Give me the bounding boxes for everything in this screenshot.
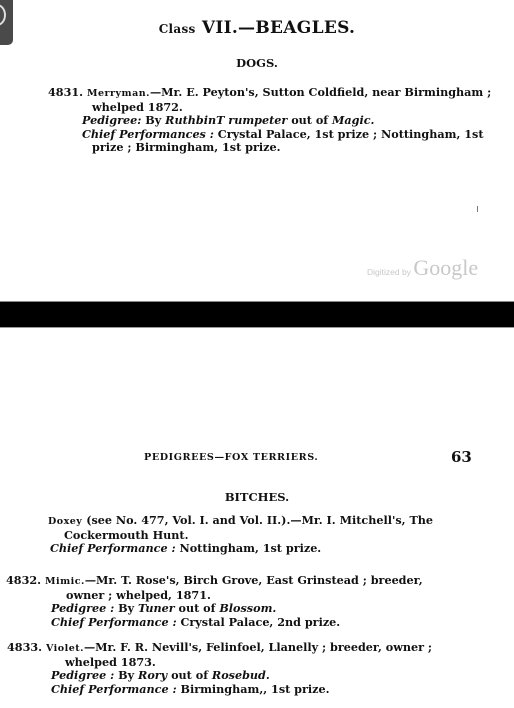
entry-line-1: 4833. Violet.—Mr. F. R. Nevill's, Felinf…	[7, 641, 432, 656]
watermark-google: Google	[413, 255, 478, 280]
entry-performance: Chief Performance : Crystal Palace, 2nd …	[6, 616, 423, 630]
entry-number: 4833.	[7, 640, 42, 654]
section-heading-dogs: DOGS.	[0, 56, 514, 70]
pedigree-sire: RuthbinT rumpeter	[165, 113, 287, 127]
pedigree-dam: Rosebud.	[212, 668, 270, 682]
entry-owner: —Mr. E. Peyton's, Sutton Coldfield, near…	[150, 85, 491, 99]
entry-line-1: Doxey (see No. 477, Vol. I. and Vol. II.…	[48, 514, 433, 529]
pedigree-dam: Blossom.	[219, 601, 276, 615]
entry-owner: —Mr. T. Rose's, Birch Grove, East Grinst…	[85, 573, 423, 587]
class-heading-smallcaps: Class	[159, 22, 196, 36]
running-head-title: PEDIGREES—FOX TERRIERS.	[144, 452, 318, 463]
pedigree-label: Pedigree :	[51, 668, 114, 682]
performance-text: Crystal Palace, 2nd prize.	[177, 615, 341, 629]
pedigree-out-of: out of	[175, 601, 220, 615]
watermark-digitized: Digitized by	[367, 267, 413, 277]
pedigree-out-of: out of	[287, 113, 332, 127]
entry-line-2: whelped 1873.	[7, 656, 432, 670]
performance-text: Crystal Palace, 1st prize ; Nottingham, …	[214, 127, 484, 141]
page-top: Class VII.—BEAGLES. DOGS. 4831. Merryman…	[0, 0, 514, 301]
pedigree-sire: Tuner	[138, 601, 175, 615]
entry-line-2: Cockermouth Hunt.	[48, 529, 433, 543]
page-number: 63	[451, 448, 472, 466]
performance-label: Chief Performance :	[50, 541, 176, 555]
section-heading-bitches: BITCHES.	[0, 490, 514, 504]
pedigree-by: By	[114, 601, 138, 615]
entry-4831: 4831. Merryman.—Mr. E. Peyton's, Sutton …	[48, 86, 491, 155]
pedigree-label: Pedigree :	[51, 601, 114, 615]
pedigree-by: By	[114, 668, 138, 682]
class-heading: Class VII.—BEAGLES.	[0, 18, 514, 38]
pedigree-by: By	[141, 113, 165, 127]
scan-mark	[477, 206, 478, 212]
entry-number: 4831.	[48, 85, 83, 99]
entry-name: Merryman.	[87, 88, 150, 99]
entry-pedigree: Pedigree : By Tuner out of Blossom.	[6, 602, 423, 616]
page-divider	[0, 301, 514, 328]
pedigree-dam: Magic.	[332, 113, 374, 127]
pedigree-label: Pedigree:	[82, 113, 141, 127]
entry-line-1: 4831. Merryman.—Mr. E. Peyton's, Sutton …	[48, 86, 491, 101]
entry-name: Violet.	[46, 643, 84, 654]
performance-label: Chief Performances :	[82, 127, 214, 141]
entry-line-2: whelped 1872.	[48, 101, 491, 115]
entry-performance: Chief Performance : Birmingham,, 1st pri…	[7, 683, 432, 697]
entry-doxey: Doxey (see No. 477, Vol. I. and Vol. II.…	[48, 514, 433, 556]
entry-owner: (see No. 477, Vol. I. and Vol. II.).—Mr.…	[82, 513, 433, 527]
performance-text-cont: prize ; Birmingham, 1st prize.	[48, 141, 491, 155]
entry-performance: Chief Performances : Crystal Palace, 1st…	[48, 128, 491, 142]
entry-number: 4832.	[6, 573, 41, 587]
pedigree-out-of: out of	[167, 668, 212, 682]
entry-name: Doxey	[48, 516, 82, 527]
entry-4833: 4833. Violet.—Mr. F. R. Nevill's, Felinf…	[7, 641, 432, 696]
performance-label: Chief Performance :	[51, 682, 177, 696]
entry-performance: Chief Performance : Nottingham, 1st priz…	[48, 542, 433, 556]
performance-text: Nottingham, 1st prize.	[176, 541, 322, 555]
entry-name: Mimic.	[45, 576, 85, 587]
entry-4832: 4832. Mimic.—Mr. T. Rose's, Birch Grove,…	[6, 574, 423, 629]
performance-text: Birmingham,, 1st prize.	[177, 682, 330, 696]
google-watermark: Digitized by Google	[367, 255, 478, 281]
pedigree-sire: Rory	[138, 668, 167, 682]
entry-pedigree: Pedigree: By RuthbinT rumpeter out of Ma…	[48, 114, 491, 128]
entry-pedigree: Pedigree : By Rory out of Rosebud.	[7, 669, 432, 683]
performance-label: Chief Performance :	[51, 615, 177, 629]
entry-line-1: 4832. Mimic.—Mr. T. Rose's, Birch Grove,…	[6, 574, 423, 589]
entry-line-2: owner ; whelped, 1871.	[6, 589, 423, 603]
entry-owner: —Mr. F. R. Nevill's, Felinfoel, Llanelly…	[84, 640, 432, 654]
class-heading-text: VII.—BEAGLES.	[196, 18, 356, 38]
